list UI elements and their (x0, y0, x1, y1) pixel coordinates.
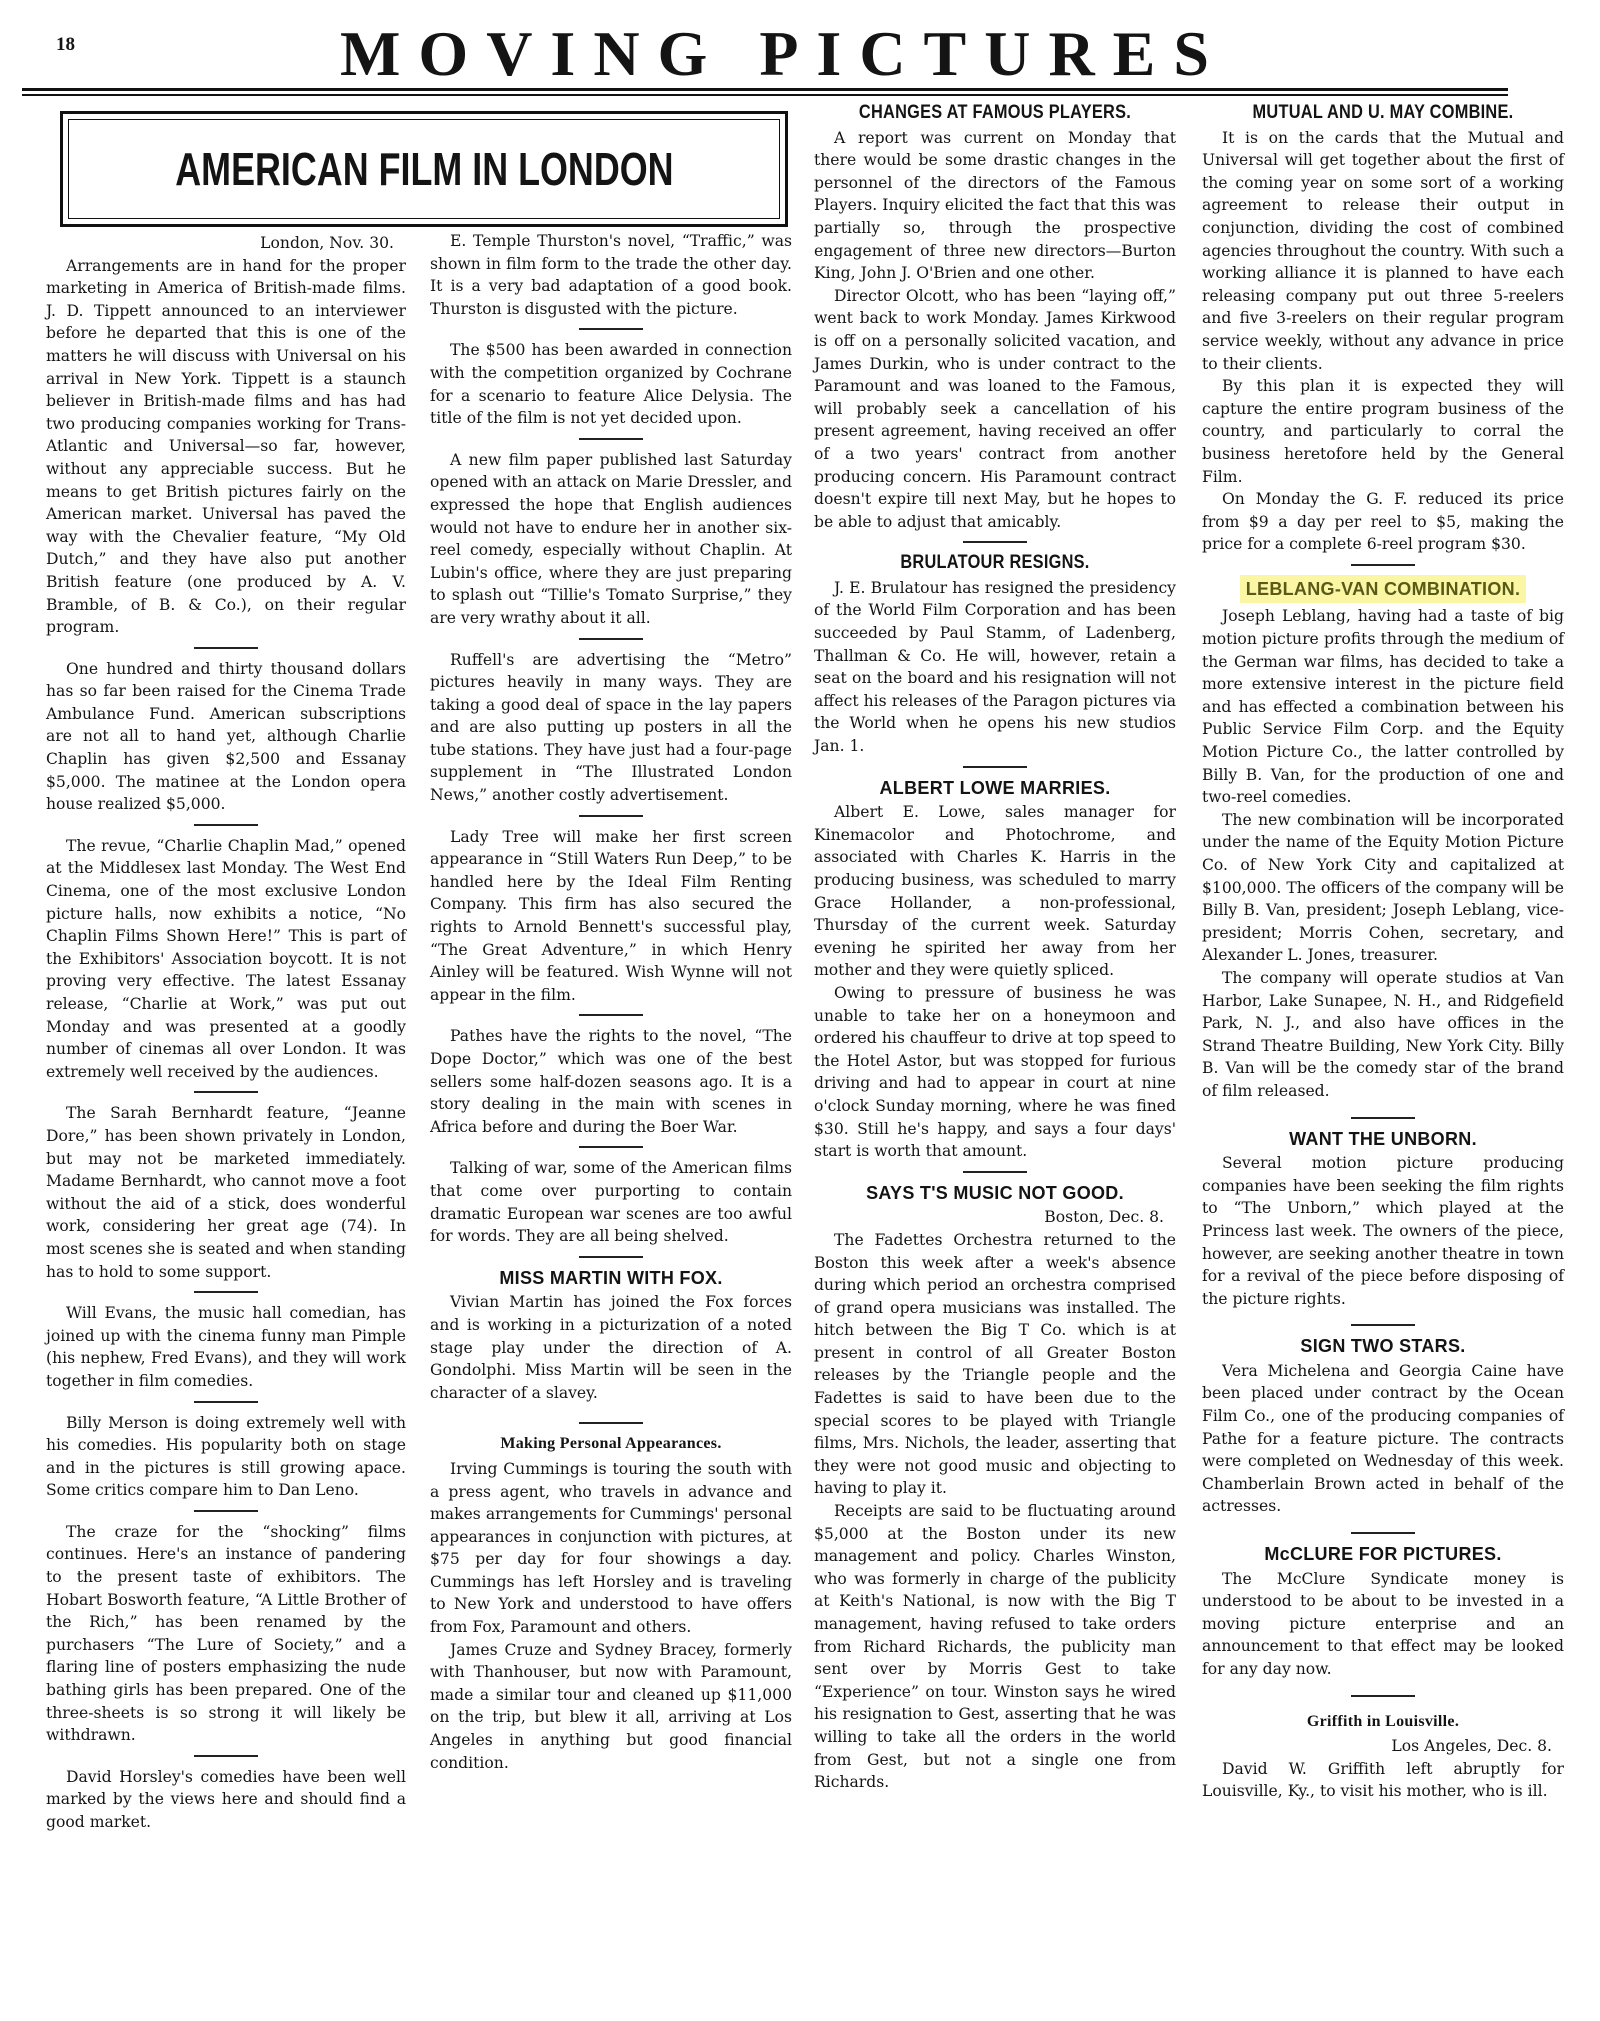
paragraph: Will Evans, the music hall comedian, has… (46, 1302, 406, 1392)
headline-mutual-universal: MUTUAL AND U. MAY COMBINE. (1227, 102, 1538, 125)
separator-rule (194, 1510, 258, 1512)
paragraph: On Monday the G. F. reduced its price fr… (1202, 488, 1564, 556)
paragraph: James Cruze and Sydney Bracey, formerly … (430, 1639, 792, 1775)
paragraph: Lady Tree will make her first screen app… (430, 826, 792, 1007)
highlighted-headline-text: LEBLANG-VAN COMBINATION. (1240, 575, 1527, 604)
paragraph: Irving Cummings is touring the south wit… (430, 1458, 792, 1639)
separator-rule (579, 328, 643, 330)
paragraph: One hundred and thirty thousand dollars … (46, 658, 406, 816)
headline-sign-two-stars: SIGN TWO STARS. (1202, 1335, 1564, 1358)
banner-headline: AMERICAN FILM IN LONDON (175, 142, 673, 196)
column-london-continued: E. Temple Thurston's novel, “Traffic,” w… (430, 230, 792, 1774)
separator-rule (1351, 1117, 1415, 1119)
paragraph: A new film paper published last Saturday… (430, 449, 792, 630)
separator-rule (1351, 1695, 1415, 1697)
paragraph: Albert E. Lowe, sales manager for Kinema… (814, 801, 1176, 982)
headline-personal-appearances: Making Personal Appearances. (430, 1433, 792, 1456)
separator-rule (194, 824, 258, 826)
paragraph: The revue, “Charlie Chaplin Mad,” opened… (46, 835, 406, 1084)
dateline-boston: Boston, Dec. 8. (814, 1206, 1176, 1229)
paragraph: Ruffell's are advertising the “Metro” pi… (430, 649, 792, 807)
headline-brulatour: BRULATOUR RESIGNS. (839, 552, 1150, 575)
column-london-notes: London, Nov. 30. Arrangements are in han… (46, 232, 406, 1834)
column-industry-news: CHANGES AT FAMOUS PLAYERS. A report was … (814, 100, 1176, 1794)
paragraph: The company will operate studios at Van … (1202, 967, 1564, 1103)
headline-ts-music: SAYS T'S MUSIC NOT GOOD. (814, 1182, 1176, 1205)
paragraph: Joseph Leblang, having had a taste of bi… (1202, 605, 1564, 808)
headline-want-unborn: WANT THE UNBORN. (1202, 1128, 1564, 1151)
separator-rule (579, 1146, 643, 1148)
paragraph: Arrangements are in hand for the proper … (46, 255, 406, 639)
page-number: 18 (56, 34, 75, 56)
paragraph: Billy Merson is doing extremely well wit… (46, 1412, 406, 1502)
separator-rule (579, 1422, 643, 1424)
separator-rule (1351, 1324, 1415, 1326)
dateline-london: London, Nov. 30. (46, 232, 406, 255)
separator-rule (194, 1091, 258, 1093)
masthead-title: MOVING PICTURES (340, 22, 1227, 86)
headline-albert-lowe: ALBERT LOWE MARRIES. (814, 777, 1176, 800)
paragraph: David W. Griffith left abruptly for Loui… (1202, 1758, 1564, 1803)
separator-rule (579, 438, 643, 440)
banner-inner-frame: AMERICAN FILM IN LONDON (68, 119, 780, 219)
separator-rule (194, 1755, 258, 1757)
paragraph: E. Temple Thurston's novel, “Traffic,” w… (430, 230, 792, 320)
separator-rule (963, 766, 1027, 768)
paragraph: Vivian Martin has joined the Fox forces … (430, 1291, 792, 1404)
headline-famous-players: CHANGES AT FAMOUS PLAYERS. (839, 102, 1150, 125)
paragraph: Receipts are said to be fluctuating arou… (814, 1500, 1176, 1794)
separator-rule (194, 647, 258, 649)
separator-rule (194, 1401, 258, 1403)
separator-rule (194, 1291, 258, 1293)
paragraph: Director Olcott, who has been “laying of… (814, 285, 1176, 534)
separator-rule (963, 1171, 1027, 1173)
separator-rule (579, 638, 643, 640)
paragraph: Several motion picture producing compani… (1202, 1152, 1564, 1310)
headline-mcclure: McCLURE FOR PICTURES. (1202, 1543, 1564, 1566)
paragraph: The Sarah Bernhardt feature, “Jeanne Dor… (46, 1102, 406, 1283)
column-industry-news-2: MUTUAL AND U. MAY COMBINE. It is on the … (1202, 100, 1564, 1803)
paragraph: Vera Michelena and Georgia Caine have be… (1202, 1360, 1564, 1518)
separator-rule (963, 541, 1027, 543)
paragraph: The McClure Syndicate money is understoo… (1202, 1568, 1564, 1681)
dateline-los-angeles: Los Angeles, Dec. 8. (1202, 1735, 1564, 1758)
paragraph: Owing to pressure of business he was una… (814, 982, 1176, 1163)
paragraph: The $500 has been awarded in connection … (430, 339, 792, 429)
masthead-rule (22, 88, 1508, 91)
separator-rule (1351, 1532, 1415, 1534)
paragraph: The craze for the “shocking” films conti… (46, 1521, 406, 1747)
separator-rule (579, 1014, 643, 1016)
paragraph: By this plan it is expected they will ca… (1202, 375, 1564, 488)
paragraph: Talking of war, some of the American fil… (430, 1157, 792, 1247)
headline-leblang-van: LEBLANG-VAN COMBINATION. (1202, 575, 1564, 604)
masthead-rule-secondary (22, 94, 1508, 96)
paragraph: A report was current on Monday that ther… (814, 127, 1176, 285)
paragraph: David Horsley's comedies have been well … (46, 1766, 406, 1834)
paragraph: The new combination will be incorporated… (1202, 809, 1564, 967)
headline-miss-martin: MISS MARTIN WITH FOX. (430, 1267, 792, 1290)
headline-griffith: Griffith in Louisville. (1202, 1711, 1564, 1734)
separator-rule (1351, 564, 1415, 566)
paragraph: Pathes have the rights to the novel, “Th… (430, 1025, 792, 1138)
paragraph: It is on the cards that the Mutual and U… (1202, 127, 1564, 376)
paragraph: J. E. Brulatour has resigned the preside… (814, 577, 1176, 758)
separator-rule (579, 815, 643, 817)
separator-rule (579, 1256, 643, 1258)
paragraph: The Fadettes Orchestra returned to the B… (814, 1229, 1176, 1500)
banner-box: AMERICAN FILM IN LONDON (60, 111, 788, 227)
